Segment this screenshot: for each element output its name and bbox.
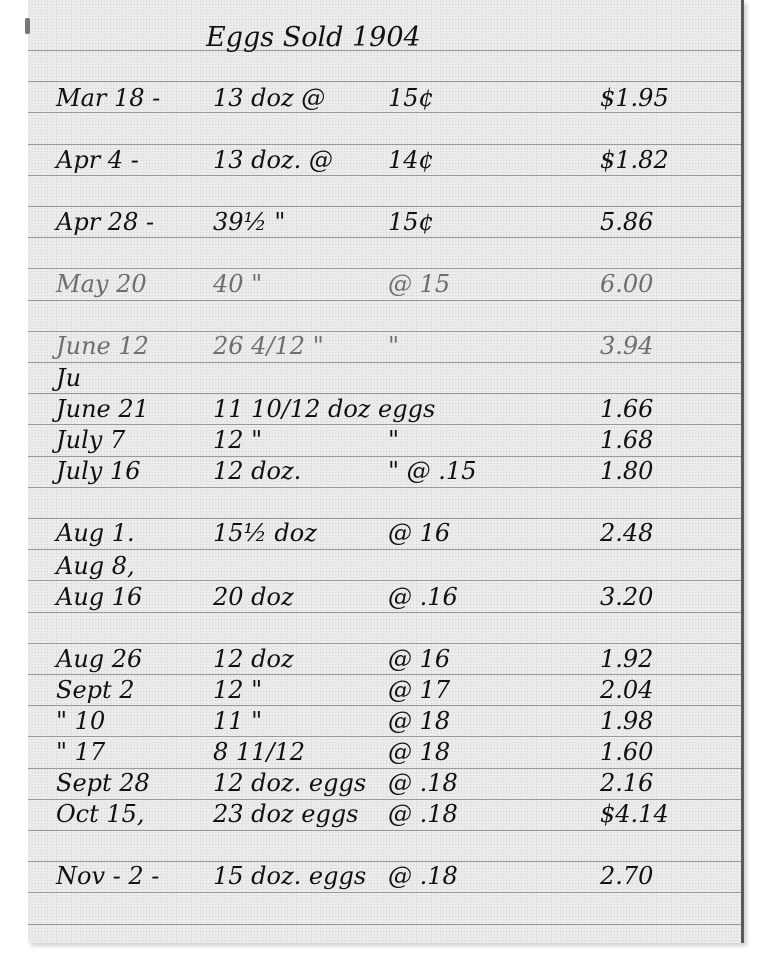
entry-amount: $1.95 <box>600 86 669 110</box>
ruled-line <box>28 144 741 145</box>
entry-amount: 2.70 <box>600 864 653 888</box>
entry-quantity: 40 " <box>213 272 262 296</box>
ledger-entry: Aug 8, <box>28 554 741 584</box>
entry-date: Ju <box>56 366 81 390</box>
ledger-entry: Apr 4 -13 doz. @14¢$1.82 <box>28 148 741 178</box>
ledger-entry: June 1226 4/12 ""3.94 <box>28 334 741 364</box>
ruled-line <box>28 206 741 207</box>
ledger-entry: Ju <box>28 366 741 396</box>
entry-quantity: 15 doz. eggs <box>213 864 366 888</box>
entry-date: Apr 4 - <box>56 148 139 172</box>
ruled-line <box>28 268 741 269</box>
entry-amount: 1.92 <box>600 647 653 671</box>
ledger-entry: Mar 18 -13 doz @15¢$1.95 <box>28 86 741 116</box>
entry-quantity: 13 doz @ <box>213 86 325 110</box>
entry-date: Mar 18 - <box>56 86 160 110</box>
entry-price: @ 17 <box>388 678 450 702</box>
entry-amount: 1.68 <box>600 428 653 452</box>
entry-price: @ 18 <box>388 740 450 764</box>
ledger-entry: Oct 15,23 doz eggs@ .18$4.14 <box>28 802 741 832</box>
entry-quantity: 26 4/12 " <box>213 334 324 358</box>
entry-date: Aug 1. <box>56 521 135 545</box>
entry-price: @ 18 <box>388 709 450 733</box>
ruled-line <box>28 643 741 644</box>
entry-price: @ .16 <box>388 585 458 609</box>
entry-quantity: 8 11/12 <box>213 740 305 764</box>
entry-amount: 1.66 <box>600 397 653 421</box>
entry-date: Apr 28 - <box>56 210 154 234</box>
entry-quantity: 11 10/12 doz eggs <box>213 397 435 421</box>
entry-date: " 10 <box>56 709 105 733</box>
entry-amount: 3.20 <box>600 585 653 609</box>
entry-price: 15¢ <box>388 86 434 110</box>
entry-date: Aug 26 <box>56 647 142 671</box>
ledger-entry: Aug 1620 doz@ .163.20 <box>28 585 741 615</box>
ruled-line <box>28 924 741 925</box>
page-title: Eggs Sold 1904 <box>206 24 421 51</box>
ledger-entry: " 1011 "@ 181.98 <box>28 709 741 739</box>
ledger-entry: Sept 2812 doz. eggs@ .182.16 <box>28 771 741 801</box>
ledger-entry: July 1612 doz." @ .151.80 <box>28 459 741 489</box>
entry-amount: $1.82 <box>600 148 669 172</box>
entry-amount: 1.80 <box>600 459 653 483</box>
entry-quantity: 12 doz. <box>213 459 301 483</box>
ledger-entry: Aug 2612 doz@ 161.92 <box>28 647 741 677</box>
entry-price: 15¢ <box>388 210 434 234</box>
entry-date: Aug 8, <box>56 554 135 578</box>
entry-amount: 2.04 <box>600 678 653 702</box>
entry-quantity: 20 doz <box>213 585 294 609</box>
ruled-line <box>28 81 741 82</box>
entry-price: " <box>388 428 399 452</box>
entry-quantity: 12 " <box>213 678 262 702</box>
entry-price: @ 16 <box>388 521 450 545</box>
entry-amount: 1.60 <box>600 740 653 764</box>
entry-date: Sept 28 <box>56 771 150 795</box>
entry-date: June 21 <box>56 397 149 421</box>
entry-date: June 12 <box>56 334 149 358</box>
ledger-entry: May 2040 "@ 156.00 <box>28 272 741 302</box>
entry-quantity: 12 " <box>213 428 262 452</box>
ledger-page: Eggs Sold 1904 Mar 18 -13 doz @15¢$1.95A… <box>28 0 744 943</box>
entry-date: Sept 2 <box>56 678 135 702</box>
ledger-entry: July 712 ""1.68 <box>28 428 741 458</box>
entry-date: Aug 16 <box>56 585 142 609</box>
entry-amount: 2.48 <box>600 521 653 545</box>
entry-quantity: 13 doz. @ <box>213 148 333 172</box>
entry-amount: $4.14 <box>600 802 669 826</box>
entry-date: Oct 15, <box>56 802 145 826</box>
ledger-entry: Apr 28 -39½ "15¢5.86 <box>28 210 741 240</box>
entry-price: @ 16 <box>388 647 450 671</box>
entry-quantity: 12 doz. eggs <box>213 771 366 795</box>
entry-amount: 3.94 <box>600 334 653 358</box>
entry-amount: 5.86 <box>600 210 653 234</box>
ledger-entry: Sept 212 "@ 172.04 <box>28 678 741 708</box>
entry-amount: 1.98 <box>600 709 653 733</box>
ledger-entry: Nov - 2 -15 doz. eggs@ .182.70 <box>28 864 741 894</box>
entry-price: @ 15 <box>388 272 450 296</box>
entry-quantity: 11 " <box>213 709 262 733</box>
entry-date: May 20 <box>56 272 147 296</box>
entry-price: @ .18 <box>388 802 458 826</box>
entry-price: 14¢ <box>388 148 434 172</box>
entry-quantity: 12 doz <box>213 647 294 671</box>
entry-amount: 2.16 <box>600 771 653 795</box>
ledger-entry: " 178 11/12@ 181.60 <box>28 740 741 770</box>
entry-price: " @ .15 <box>388 459 476 483</box>
entry-quantity: 23 doz eggs <box>213 802 359 826</box>
entry-date: Nov - 2 - <box>56 864 159 888</box>
entry-price: " <box>388 334 399 358</box>
entry-date: July 7 <box>56 428 125 452</box>
ledger-entry: June 2111 10/12 doz eggs1.66 <box>28 397 741 427</box>
entry-quantity: 15½ doz <box>213 521 317 545</box>
entry-price: @ .18 <box>388 864 458 888</box>
entry-date: " 17 <box>56 740 105 764</box>
entry-price: @ .18 <box>388 771 458 795</box>
entry-amount: 6.00 <box>600 272 653 296</box>
ledger-entry: Aug 1.15½ doz@ 162.48 <box>28 521 741 551</box>
entry-date: July 16 <box>56 459 140 483</box>
entry-quantity: 39½ " <box>213 210 285 234</box>
